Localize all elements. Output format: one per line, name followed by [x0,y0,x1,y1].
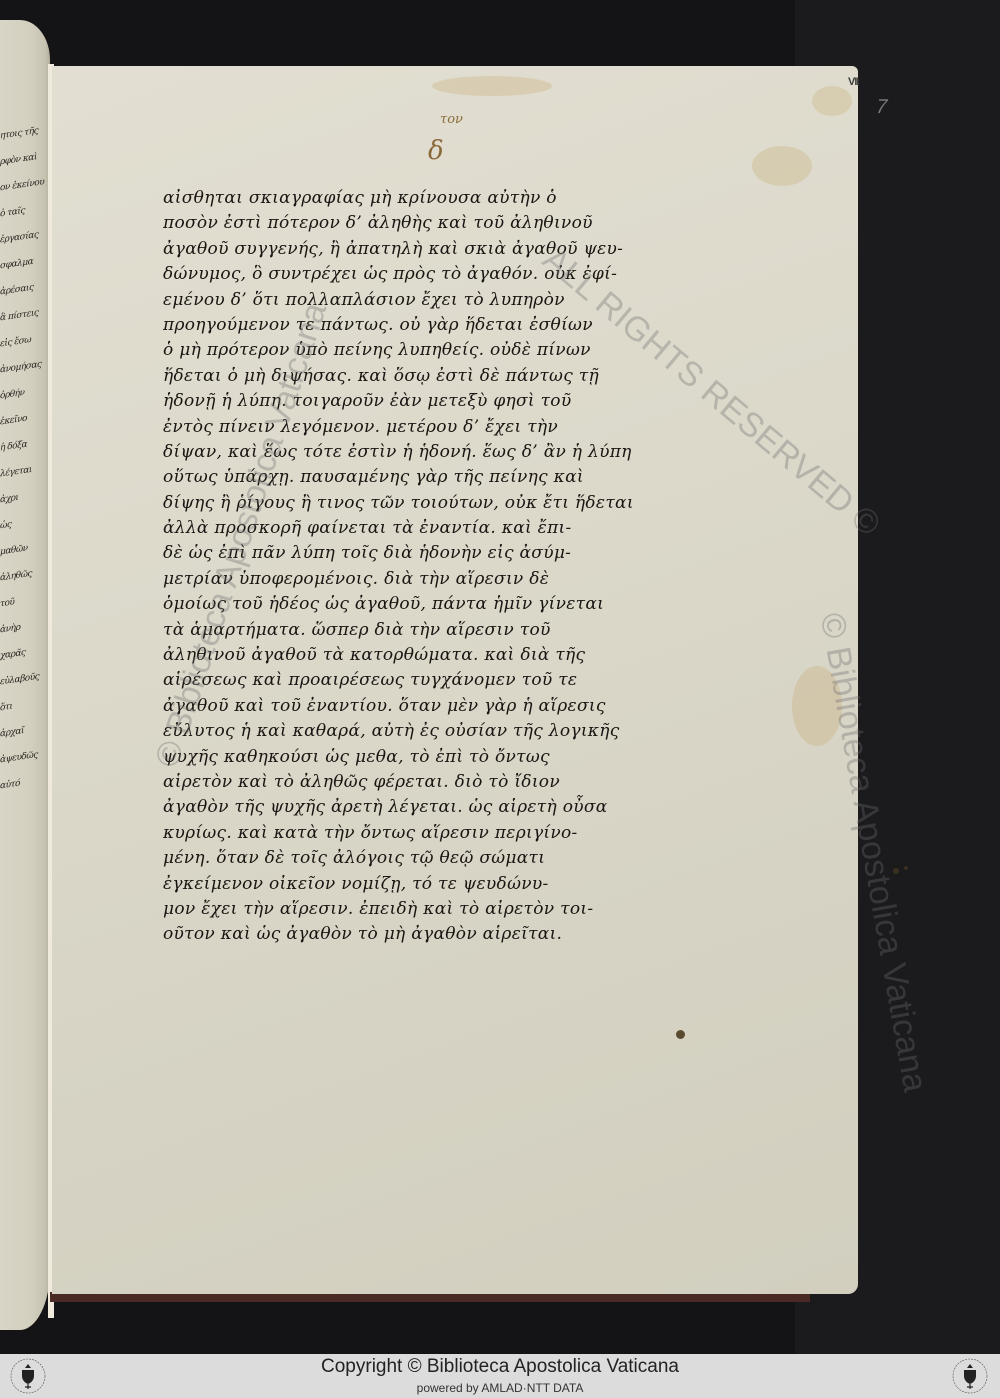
manuscript-line: μένη. ὅταν δὲ τοῖς ἀλόγοις τῷ θεῷ σώματι [163,846,663,871]
top-sign: δ [428,136,444,166]
manuscript-line: αἰσθηται σκιαγραφίας μὴ κρίνουσα αὐτὴν ὁ [163,186,663,211]
image-viewer[interactable]: ητοις τῆςρφὸν καὶον ἐκείνουὁ ταῖςἐργασία… [0,0,1000,1354]
facing-page-left: ητοις τῆςρφὸν καὶον ἐκείνουὁ ταῖςἐργασία… [0,20,50,1330]
manuscript-line: ἥδεται ὁ μὴ διψήσας. καὶ ὅσῳ ἐστὶ δὲ πάν… [163,364,663,389]
ink-speck [893,868,899,874]
manuscript-line: οῦτον καὶ ὡς ἀγαθὸν τὸ μὴ ἀγαθὸν αἱρεῖτα… [163,922,663,947]
top-annotation: τον [440,112,463,127]
manuscript-line: τὰ ἁμαρτήματα. ὥσπερ διὰ τὴν αἵρεσιν τοῦ [163,618,663,643]
folio-number: VII [848,76,858,88]
manuscript-line: προηγούμενον τε πάντως. οὐ γὰρ ἥδεται ἐσ… [163,313,663,338]
manuscript-line: εὔλυτος ἡ καὶ καθαρά, αὐτὴ ἐς οὐσίαν τῆς… [163,719,663,744]
powered-by-text: powered by AMLAD·NTT DATA [0,1381,1000,1395]
manuscript-line: ποσὸν ἐστὶ πότερον δ’ ἀληθὴς καὶ τοῦ ἀλη… [163,211,663,236]
manuscript-line: αἱρέσεως καὶ προαιρέσεως τυγχάνομεν τοῦ … [163,668,663,693]
facing-page-line: αὐτό [0,767,48,800]
foxing-stain [432,76,552,96]
manuscript-line: ἀγαθοῦ συγγενής, ἢ ἀπατηλὴ καὶ σκιὰ ἀγαθ… [163,237,663,262]
manuscript-line: ἀγαθοῦ καὶ τοῦ ἐναντίου. ὅταν μὲν γὰρ ἡ … [163,694,663,719]
manuscript-line: δίψαν, καὶ ἕως τότε ἐστὶν ἡ ἡδονή. ἕως δ… [163,440,663,465]
foxing-stain [752,146,812,186]
manuscript-line: μον ἔχει τὴν αἵρεσιν. ἐπειδὴ καὶ τὸ αἱρε… [163,897,663,922]
vatican-library-logo-icon [952,1358,988,1394]
foxing-stain [812,86,852,116]
manuscript-line: ἐντὸς πίνειν λεγόμενον. μετέρου δ’ ἔχει … [163,415,663,440]
manuscript-line: κυρίως. καὶ κατὰ τὴν ὄντως αἵρεσιν περιγ… [163,821,663,846]
manuscript-line: αἱρετὸν καὶ τὸ ἀληθῶς φέρεται. διὸ τὸ ἴδ… [163,770,663,795]
facing-page-text: ητοις τῆςρφὸν καὶον ἐκείνουὁ ταῖςἐργασία… [0,117,48,1024]
stain-speck [676,1030,685,1039]
manuscript-line: ἐγκείμενον οἰκεῖον νομίζῃ, τό τε ψευδώνυ… [163,872,663,897]
manuscript-line: ψυχῆς καθηκούσι ὡς μεθα, τὸ ἐπὶ τὸ ὄντως [163,745,663,770]
footer: Copyright © Biblioteca Apostolica Vatica… [0,1354,1000,1398]
manuscript-line: ἀληθινοῦ ἀγαθοῦ τὰ κατορθώματα. καὶ διὰ … [163,643,663,668]
ink-speck [904,866,908,870]
copyright-text: Copyright © Biblioteca Apostolica Vatica… [0,1356,1000,1378]
manuscript-line: ἀγαθὸν τῆς ψυχῆς ἀρετὴ λέγεται. ὡς αἱρετ… [163,795,663,820]
manuscript-line: ὁ μὴ πρότερον ὑπὸ πείνης λυπηθείς. οὐδὲ … [163,338,663,363]
manuscript-line: ἡδονῇ ἡ λύπη. τοιγαροῦν ἐὰν μετεξὺ φησὶ … [163,389,663,414]
